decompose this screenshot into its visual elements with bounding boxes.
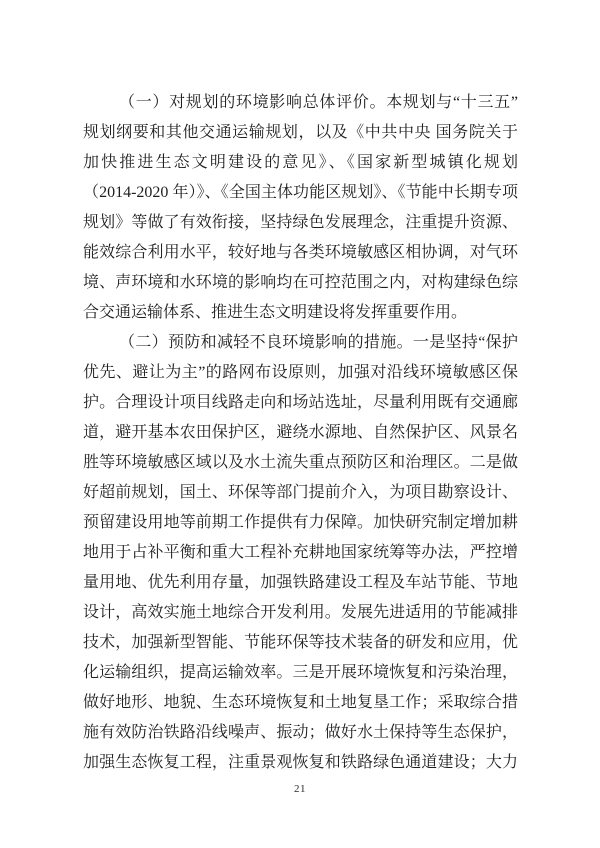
text-line: 规划纲要和其他交通运输规划，以及《中共中央 国务院关于	[83, 118, 518, 148]
text-line: （2014-2020 年）》、《全国主体功能区规划》、《节能中长期专项	[83, 178, 518, 208]
text-line: 境、声环境和水环境的影响均在可控范围之内，对构建绿色综	[83, 268, 518, 298]
text-line: 好超前规划，国土、环保等部门提前介入，为项目勘察设计、	[83, 478, 518, 508]
text-line: 规划》等做了有效衔接，坚持绿色发展理念，注重提升资源、	[83, 208, 518, 238]
text-line: 护。合理设计项目线路走向和场站选址，尽量利用既有交通廊	[83, 388, 518, 418]
text-line: 道，避开基本农田保护区，避绕水源地、自然保护区、风景名	[83, 418, 518, 448]
page-body-text: （一）对规划的环境影响总体评价。本规划与“十三五”规划纲要和其他交通运输规划，以…	[83, 88, 518, 778]
document-page: （一）对规划的环境影响总体评价。本规划与“十三五”规划纲要和其他交通运输规划，以…	[0, 0, 600, 848]
text-line: （二）预防和减轻不良环境影响的措施。一是坚持“保护	[83, 328, 518, 358]
text-line: （一）对规划的环境影响总体评价。本规划与“十三五”	[83, 88, 518, 118]
text-line: 技术，加强新型智能、节能环保等技术装备的研发和应用，优	[83, 628, 518, 658]
page-number: 21	[0, 783, 600, 795]
text-line: 胜等环境敏感区域以及水土流失重点预防区和治理区。二是做	[83, 448, 518, 478]
text-line: 优先、避让为主”的路网布设原则，加强对沿线环境敏感区保	[83, 358, 518, 388]
text-line: 设计，高效实施土地综合开发利用。发展先进适用的节能减排	[83, 598, 518, 628]
text-line: 地用于占补平衡和重大工程补充耕地国家统筹等办法，严控增	[83, 538, 518, 568]
text-line: 加强生态恢复工程，注重景观恢复和铁路绿色通道建设；大力	[83, 748, 518, 778]
text-line: 加快推进生态文明建设的意见》、《国家新型城镇化规划	[83, 148, 518, 178]
text-line: 量用地、优先利用存量，加强铁路建设工程及车站节能、节地	[83, 568, 518, 598]
text-line: 预留建设用地等前期工作提供有力保障。加快研究制定增加耕	[83, 508, 518, 538]
text-line: 合交通运输体系、推进生态文明建设将发挥重要作用。	[83, 298, 518, 328]
text-line: 化运输组织，提高运输效率。三是开展环境恢复和污染治理，	[83, 658, 518, 688]
text-line: 能效综合利用水平，较好地与各类环境敏感区相协调，对气环	[83, 238, 518, 268]
text-line: 做好地形、地貌、生态环境恢复和土地复垦工作；采取综合措	[83, 688, 518, 718]
text-line: 施有效防治铁路沿线噪声、振动；做好水土保持等生态保护，	[83, 718, 518, 748]
